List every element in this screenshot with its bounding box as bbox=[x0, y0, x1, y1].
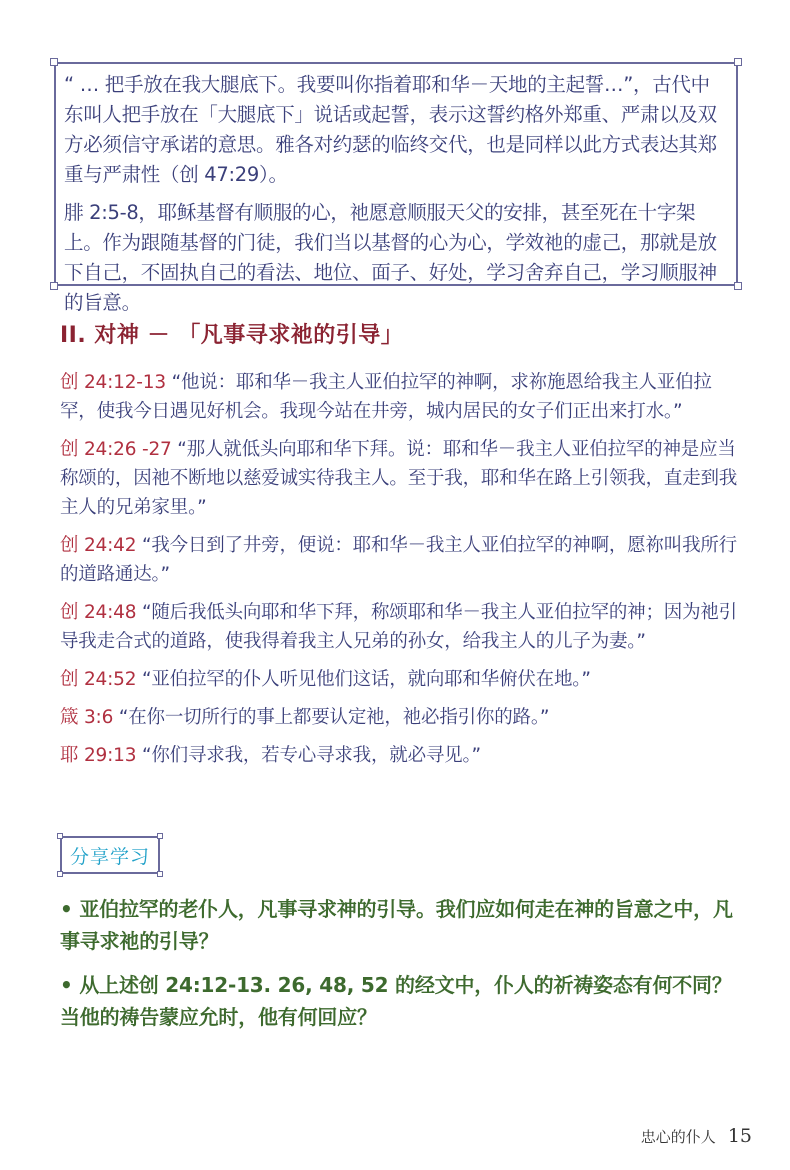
verse-text: “你们寻求我，若专心寻求我，就必寻见。” bbox=[142, 745, 481, 766]
verse-text: “亚伯拉罕的仆人听见他们这话，就向耶和华俯伏在地。” bbox=[142, 669, 591, 690]
verse-item: 创 24:12-13 “他说：耶和华－我主人亚伯拉罕的神啊，求祢施恩给我主人亚伯… bbox=[60, 368, 740, 426]
corner-ornament bbox=[734, 282, 742, 290]
verse-reference: 箴 3:6 bbox=[60, 707, 113, 728]
verse-list: 创 24:12-13 “他说：耶和华－我主人亚伯拉罕的神啊，求祢施恩给我主人亚伯… bbox=[60, 368, 740, 779]
question-list: • 亚伯拉罕的老仆人，凡事寻求神的引导。我们应如何走在神的旨意之中，凡事寻求祂的… bbox=[60, 893, 740, 1045]
share-study-tag: 分享学习 bbox=[60, 836, 160, 874]
verse-reference: 耶 29:13 bbox=[60, 745, 136, 766]
share-tag-label: 分享学习 bbox=[70, 842, 150, 869]
page-footer: 忠心的仆人 15 bbox=[641, 1125, 752, 1147]
verse-reference: 创 24:52 bbox=[60, 669, 136, 690]
verse-reference: 创 24:48 bbox=[60, 602, 136, 623]
corner-ornament bbox=[57, 871, 63, 877]
verse-item: 耶 29:13 “你们寻求我，若专心寻求我，就必寻见。” bbox=[60, 741, 740, 770]
verse-item: 创 24:48 “随后我低头向耶和华下拜，称颂耶和华－我主人亚伯拉罕的神；因为祂… bbox=[60, 598, 740, 656]
verse-reference: 创 24:12-13 bbox=[60, 372, 166, 393]
verse-reference: 创 24:26 -27 bbox=[60, 439, 172, 460]
verse-text: “随后我低头向耶和华下拜，称颂耶和华－我主人亚伯拉罕的神；因为祂引导我走合式的道… bbox=[60, 602, 737, 652]
verse-reference: 创 24:42 bbox=[60, 535, 136, 556]
book-title: 忠心的仆人 bbox=[641, 1126, 716, 1147]
verse-text: “我今日到了井旁，便说：耶和华－我主人亚伯拉罕的神啊，愿祢叫我所行的道路通达。” bbox=[60, 535, 737, 585]
corner-ornament bbox=[734, 58, 742, 66]
verse-item: 创 24:26 -27 “那人就低头向耶和华下拜。说：耶和华－我主人亚伯拉罕的神… bbox=[60, 435, 740, 522]
corner-ornament bbox=[157, 833, 163, 839]
note-box: “ … 把手放在我大腿底下。我要叫你指着耶和华－天地的主起誓…”，古代中东叫人把… bbox=[54, 62, 738, 286]
corner-ornament bbox=[57, 833, 63, 839]
corner-ornament bbox=[50, 282, 58, 290]
verse-item: 创 24:52 “亚伯拉罕的仆人听见他们这话，就向耶和华俯伏在地。” bbox=[60, 665, 740, 694]
corner-ornament bbox=[50, 58, 58, 66]
discussion-question: • 从上述创 24:12-13. 26, 48, 52 的经文中，仆人的祈祷姿态… bbox=[60, 969, 740, 1033]
verse-item: 创 24:42 “我今日到了井旁，便说：耶和华－我主人亚伯拉罕的神啊，愿祢叫我所… bbox=[60, 531, 740, 589]
corner-ornament bbox=[157, 871, 163, 877]
verse-item: 箴 3:6 “在你一切所行的事上都要认定祂，祂必指引你的路。” bbox=[60, 703, 740, 732]
verse-text: “在你一切所行的事上都要认定祂，祂必指引你的路。” bbox=[119, 707, 549, 728]
page-number: 15 bbox=[728, 1125, 752, 1147]
discussion-question: • 亚伯拉罕的老仆人，凡事寻求神的引导。我们应如何走在神的旨意之中，凡事寻求祂的… bbox=[60, 893, 740, 957]
note-paragraph: 腓 2:5-8，耶稣基督有顺服的心，祂愿意顺服天父的安排，甚至死在十字架上。作为… bbox=[64, 198, 724, 318]
section-heading: II. 对神 － 「凡事寻求祂的引导」 bbox=[60, 318, 403, 349]
note-paragraph: “ … 把手放在我大腿底下。我要叫你指着耶和华－天地的主起誓…”，古代中东叫人把… bbox=[64, 70, 724, 190]
